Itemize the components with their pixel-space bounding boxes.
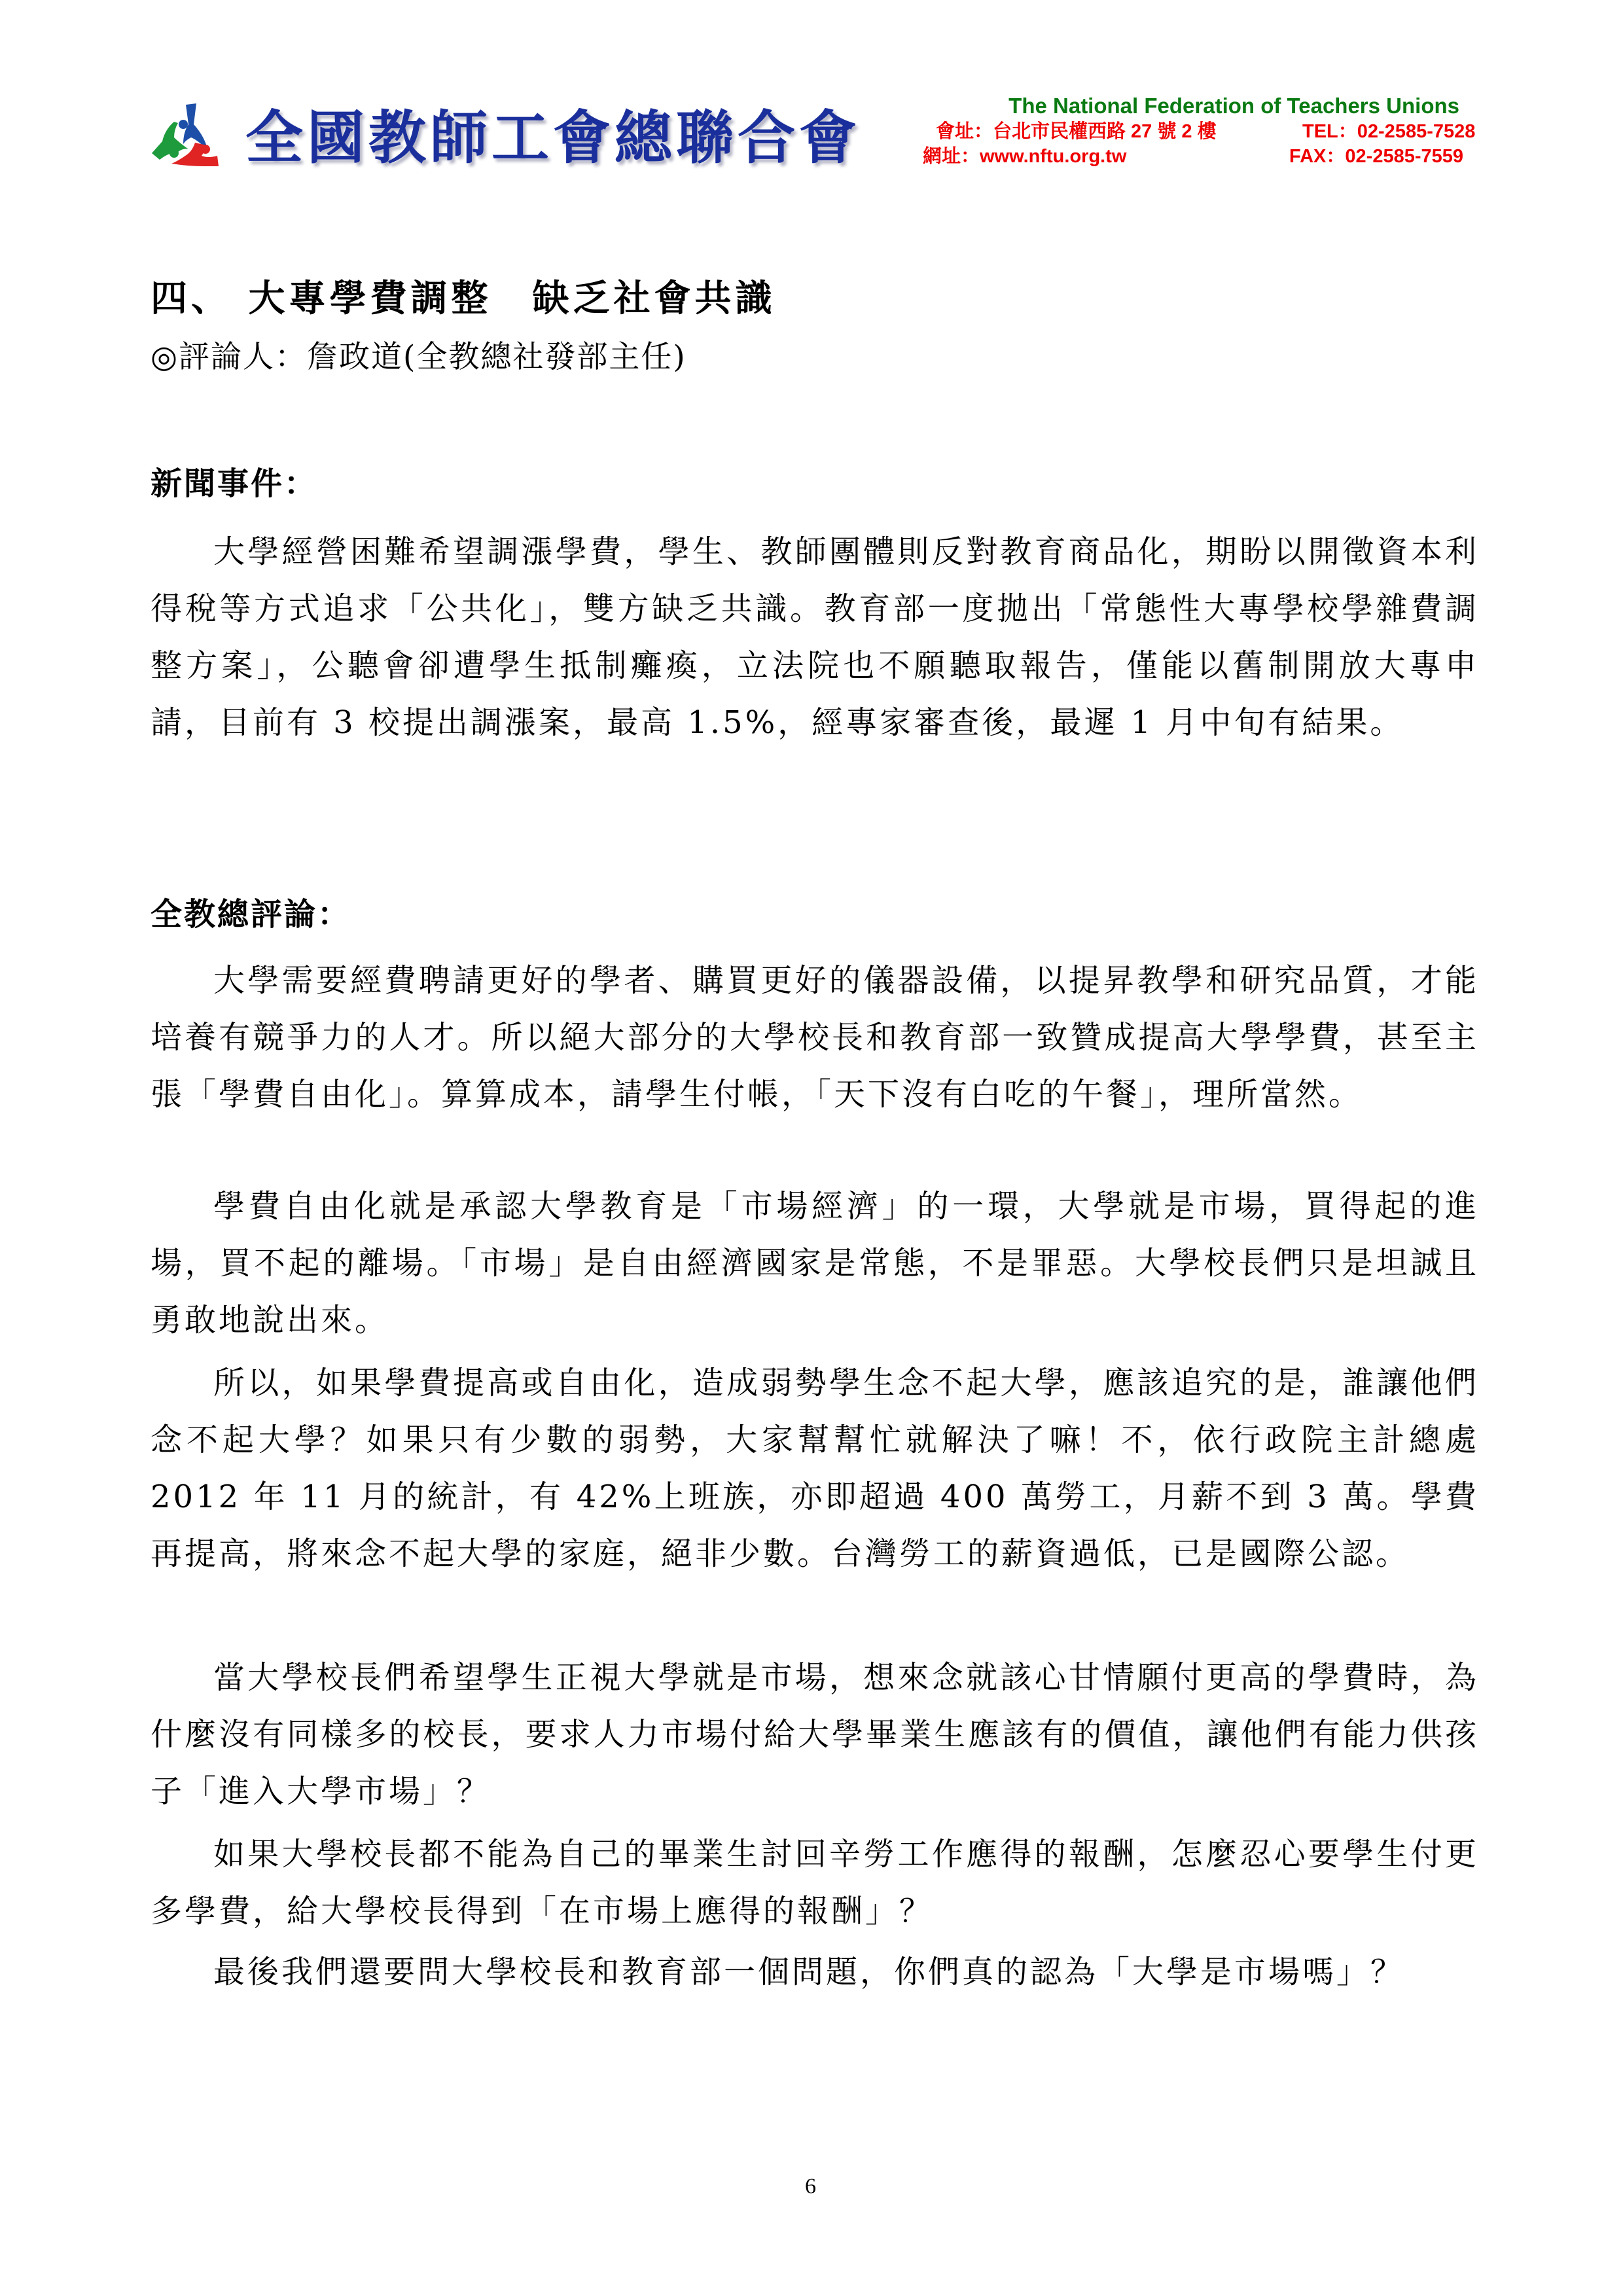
comment-paragraph: 如果大學校長都不能為自己的畢業生討回辛勞工作應得的報酬，怎麼忍心要學生付更多學費… bbox=[151, 1826, 1479, 1940]
article-title: 四、 大專學費調整 缺乏社會共識 bbox=[151, 270, 776, 322]
org-name-en: The National Federation of Teachers Unio… bbox=[923, 93, 1486, 119]
page-number: 6 bbox=[805, 2174, 816, 2199]
contact-row: 會址：台北市民權西路 27 號 2 樓 TEL：02-2585-7528 bbox=[923, 119, 1486, 144]
comment-paragraph: 最後我們還要問大學校長和教育部一個問題，你們真的認為「大學是市場嗎」？ bbox=[151, 1944, 1479, 2001]
news-paragraph: 大學經營困難希望調漲學費，學生、教師團體則反對教育商品化，期盼以開徵資本利得稅等… bbox=[151, 524, 1479, 751]
telephone: TEL：02-2585-7528 bbox=[1302, 119, 1486, 144]
commenter-line: ◎評論人：詹政道(全教總社發部主任) bbox=[151, 332, 687, 376]
news-heading: 新聞事件： bbox=[151, 458, 317, 503]
fax: FAX：02-2585-7559 bbox=[1289, 144, 1486, 169]
nftu-logo-icon bbox=[145, 98, 224, 177]
comment-paragraph: 所以，如果學費提高或自由化，造成弱勢學生念不起大學，應該追究的是，誰讓他們念不起… bbox=[151, 1355, 1479, 1583]
address: 會址：台北市民權西路 27 號 2 樓 bbox=[923, 119, 1302, 144]
comment-paragraph: 大學需要經費聘請更好的學者、購買更好的儀器設備，以提昇教學和研究品質，才能培養有… bbox=[151, 952, 1479, 1123]
comment-heading: 全教總評論： bbox=[151, 889, 351, 934]
contact-row: 網址：www.nftu.org.tw FAX：02-2585-7559 bbox=[923, 144, 1486, 169]
letterhead: 全國教師工會總聯合會 The National Federation of Te… bbox=[0, 0, 1623, 196]
website-link[interactable]: 網址：www.nftu.org.tw bbox=[923, 144, 1289, 169]
contact-block: The National Federation of Teachers Unio… bbox=[923, 93, 1486, 169]
org-name-zh: 全國教師工會總聯合會 bbox=[245, 98, 861, 177]
comment-paragraph: 學費自由化就是承認大學教育是「市場經濟」的一環，大學就是市場，買得起的進場，買不… bbox=[151, 1178, 1479, 1349]
comment-paragraph: 當大學校長們希望學生正視大學就是市場，想來念就該心甘情願付更高的學費時，為什麼沒… bbox=[151, 1649, 1479, 1820]
